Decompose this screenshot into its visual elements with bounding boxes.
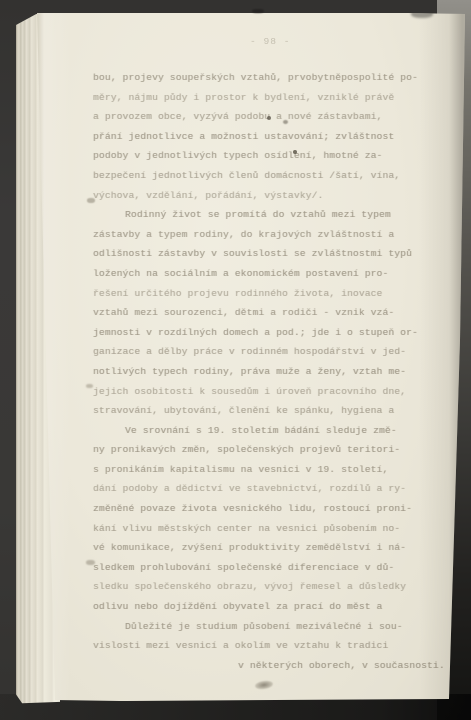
text-line: Rodinný život se promítá do vztahů mezi … — [93, 205, 423, 225]
text-line: odlišnosti zástavby v souvislosti se zvl… — [93, 244, 423, 264]
text-line: vé komunikace, zvýšení produktivity země… — [93, 538, 423, 558]
text-line: jejich osobitosti k sousedům i úroveň pr… — [93, 382, 423, 402]
text-line: Důležité je studium působení meziválečné… — [93, 617, 423, 637]
text-line: sledkem prohlubování společenské diferen… — [93, 558, 423, 578]
ink-speck — [283, 120, 288, 124]
pencil-smudge — [255, 680, 274, 690]
text-line: stravování, ubytování, členění ke spánku… — [93, 401, 423, 421]
text-line: sledku společenského obrazu, vývoj řemes… — [93, 577, 423, 597]
text-line: kání vlivu městských center na vesnici p… — [93, 519, 423, 539]
margin-mark — [86, 384, 93, 388]
text-line: výchova, vzdělání, pořádání, výstavky/. — [93, 186, 423, 206]
text-line: s pronikáním kapitalismu na vesnici v 19… — [93, 460, 423, 480]
text-line: podoby v jednotlivých typech osídlení, h… — [93, 146, 423, 166]
text-line: ložených na sociálním a ekonomickém post… — [93, 264, 423, 284]
text-line: měry, nájmu půdy i prostor k bydlení, vz… — [93, 88, 423, 108]
typewritten-text-block: bou, projevy soupeřských vztahů, prvobyt… — [93, 68, 423, 675]
text-line: bou, projevy soupeřských vztahů, prvobyt… — [93, 68, 423, 88]
ink-speck — [293, 150, 297, 154]
margin-mark — [86, 560, 95, 565]
text-line: změněné povaze života vesnického lidu, r… — [93, 499, 423, 519]
text-line: ganizace a dělby práce v rodinném hospod… — [93, 342, 423, 362]
text-line: bezpečení jednotlivých členů domácnosti … — [93, 166, 423, 186]
text-line: a provozem obce, vyzývá podobu a nové zá… — [93, 107, 423, 127]
text-line: vztahů mezi sourozenci, dětmi a rodiči -… — [93, 303, 423, 323]
text-line: zástavby a typem rodiny, do krajových zv… — [93, 225, 423, 245]
text-line: vislosti mezi vesnicí a okolím ve vztahu… — [93, 636, 423, 656]
text-line: jemnosti v rozdílných domech a pod.; jde… — [93, 323, 423, 343]
text-line: v některých oborech, v současnosti. — [93, 656, 423, 676]
top-edge-smudge — [411, 10, 433, 18]
ink-speck — [267, 116, 271, 120]
text-line: řešení určitého projevu rodinného života… — [93, 284, 423, 304]
text-line: dání podoby a dědictví ve stavebnictví, … — [93, 479, 423, 499]
text-line: odlivu nebo dojíždění obyvatel za prací … — [93, 597, 423, 617]
text-line: Ve srovnání s 19. stoletím bádání sleduj… — [93, 421, 423, 441]
text-line: ny pronikavých změn, společenských proje… — [93, 440, 423, 460]
text-line: notlivých typech rodiny, práva muže a že… — [93, 362, 423, 382]
book-page: - 98 - bou, projevy soupeřských vztahů, … — [0, 0, 471, 720]
margin-mark — [87, 198, 95, 203]
text-line: přání jednotlivce a možnosti ustavování;… — [93, 127, 423, 147]
scanned-book-page-photo: - 98 - bou, projevy soupeřských vztahů, … — [0, 0, 471, 720]
page-number: - 98 - — [250, 36, 291, 47]
top-edge-mark — [252, 9, 264, 13]
